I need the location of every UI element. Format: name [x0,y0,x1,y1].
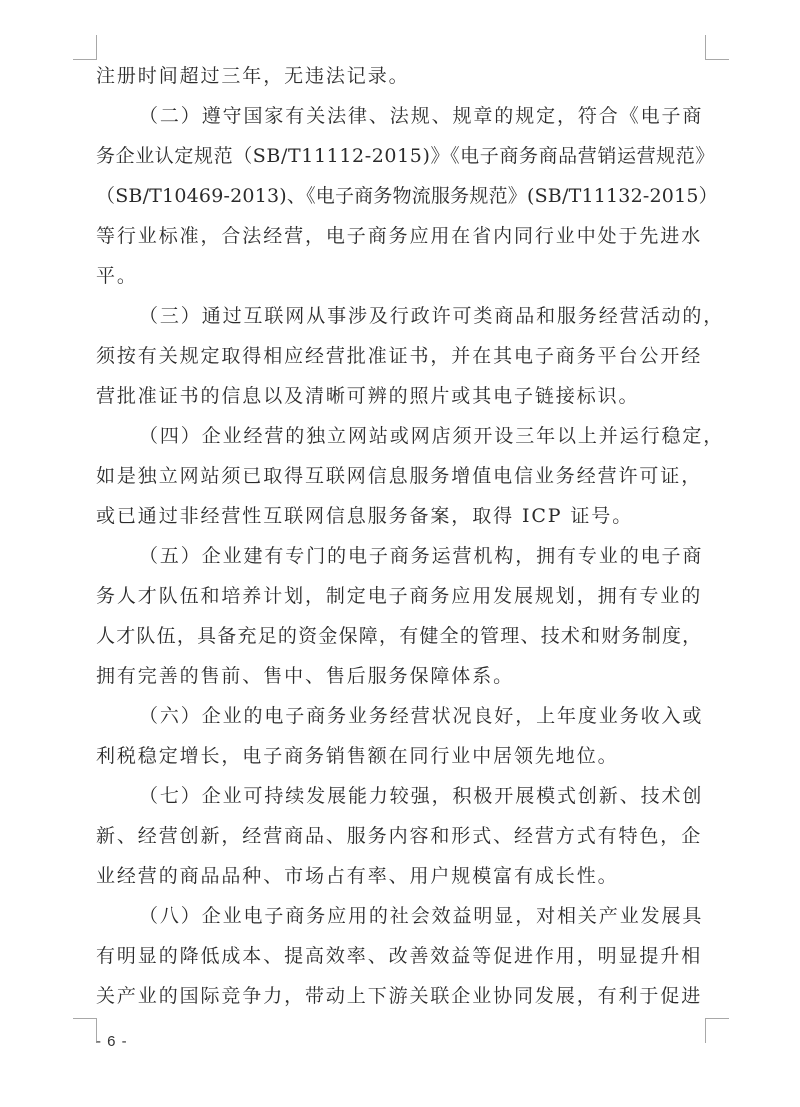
text-line: 人才队伍，具备充足的资金保障，有健全的管理、技术和财务制度， [96,616,702,656]
text-line: 营批准证书的信息以及清晰可辨的照片或其电子链接标识。 [96,376,702,416]
paragraph-8: （八）企业电子商务应用的社会效益明显，对相关产业发展具 有明显的降低成本、提高效… [96,896,702,1016]
paragraph-7: （七）企业可持续发展能力较强，积极开展模式创新、技术创 新、经营创新，经营商品、… [96,776,702,896]
crop-mark-bottom-right [705,1018,729,1043]
text-line: 如是独立网站须已取得互联网信息服务增值电信业务经营许可证， [96,456,702,496]
text-line: 或已通过非经营性互联网信息服务备案，取得 ICP 证号。 [96,496,702,536]
text-line: 须按有关规定取得相应经营批准证书，并在其电子商务平台公开经 [96,336,702,376]
text-line: （六）企业的电子商务业务经营状况良好，上年度业务收入或 [96,696,702,736]
text-line: （七）企业可持续发展能力较强，积极开展模式创新、技术创 [96,776,702,816]
document-body: 注册时间超过三年，无违法记录。 （二）遵守国家有关法律、法规、规章的规定，符合《… [96,56,702,1016]
text-line: （四）企业经营的独立网站或网店须开设三年以上并运行稳定， [96,416,702,456]
paragraph-continuation: 注册时间超过三年，无违法记录。 [96,56,702,96]
text-line: （二）遵守国家有关法律、法规、规章的规定，符合《电子商 [96,96,702,136]
text-line: 拥有完善的售前、售中、售后服务保障体系。 [96,656,702,696]
paragraph-3: （三）通过互联网从事涉及行政许可类商品和服务经营活动的， 须按有关规定取得相应经… [96,296,702,416]
text-line: 利税稳定增长，电子商务销售额在同行业中居领先地位。 [96,736,702,776]
text-line: 务人才队伍和培养计划，制定电子商务应用发展规划，拥有专业的 [96,576,702,616]
text-line: 关产业的国际竞争力，带动上下游关联企业协同发展，有利于促进 [96,976,702,1016]
text-line: 务企业认定规范（SB/T11112-2015)》《电子商务商品营销运营规范》 [96,136,702,176]
text-line: 业经营的商品品种、市场占有率、用户规模富有成长性。 [96,856,702,896]
text-line: 注册时间超过三年，无违法记录。 [96,56,702,96]
text-line: （SB/T10469-2013)、《电子商务物流服务规范》(SB/T11132-… [96,176,702,216]
text-line: 新、经营创新，经营商品、服务内容和形式、经营方式有特色，企 [96,816,702,856]
paragraph-2: （二）遵守国家有关法律、法规、规章的规定，符合《电子商 务企业认定规范（SB/T… [96,96,702,296]
text-line: 等行业标准，合法经营，电子商务应用在省内同行业中处于先进水 [96,216,702,256]
text-line: 有明显的降低成本、提高效率、改善效益等促进作用，明显提升相 [96,936,702,976]
text-line: （八）企业电子商务应用的社会效益明显，对相关产业发展具 [96,896,702,936]
text-line: （五）企业建有专门的电子商务运营机构，拥有专业的电子商 [96,536,702,576]
page-number: - 6 - [96,1033,128,1050]
text-line: 平。 [96,256,702,296]
crop-mark-top-right [705,35,729,60]
paragraph-6: （六）企业的电子商务业务经营状况良好，上年度业务收入或 利税稳定增长，电子商务销… [96,696,702,776]
crop-mark-top-left [73,35,97,60]
crop-mark-bottom-left [73,1018,97,1043]
text-line: （三）通过互联网从事涉及行政许可类商品和服务经营活动的， [96,296,702,336]
paragraph-5: （五）企业建有专门的电子商务运营机构，拥有专业的电子商 务人才队伍和培养计划，制… [96,536,702,696]
paragraph-4: （四）企业经营的独立网站或网店须开设三年以上并运行稳定， 如是独立网站须已取得互… [96,416,702,536]
